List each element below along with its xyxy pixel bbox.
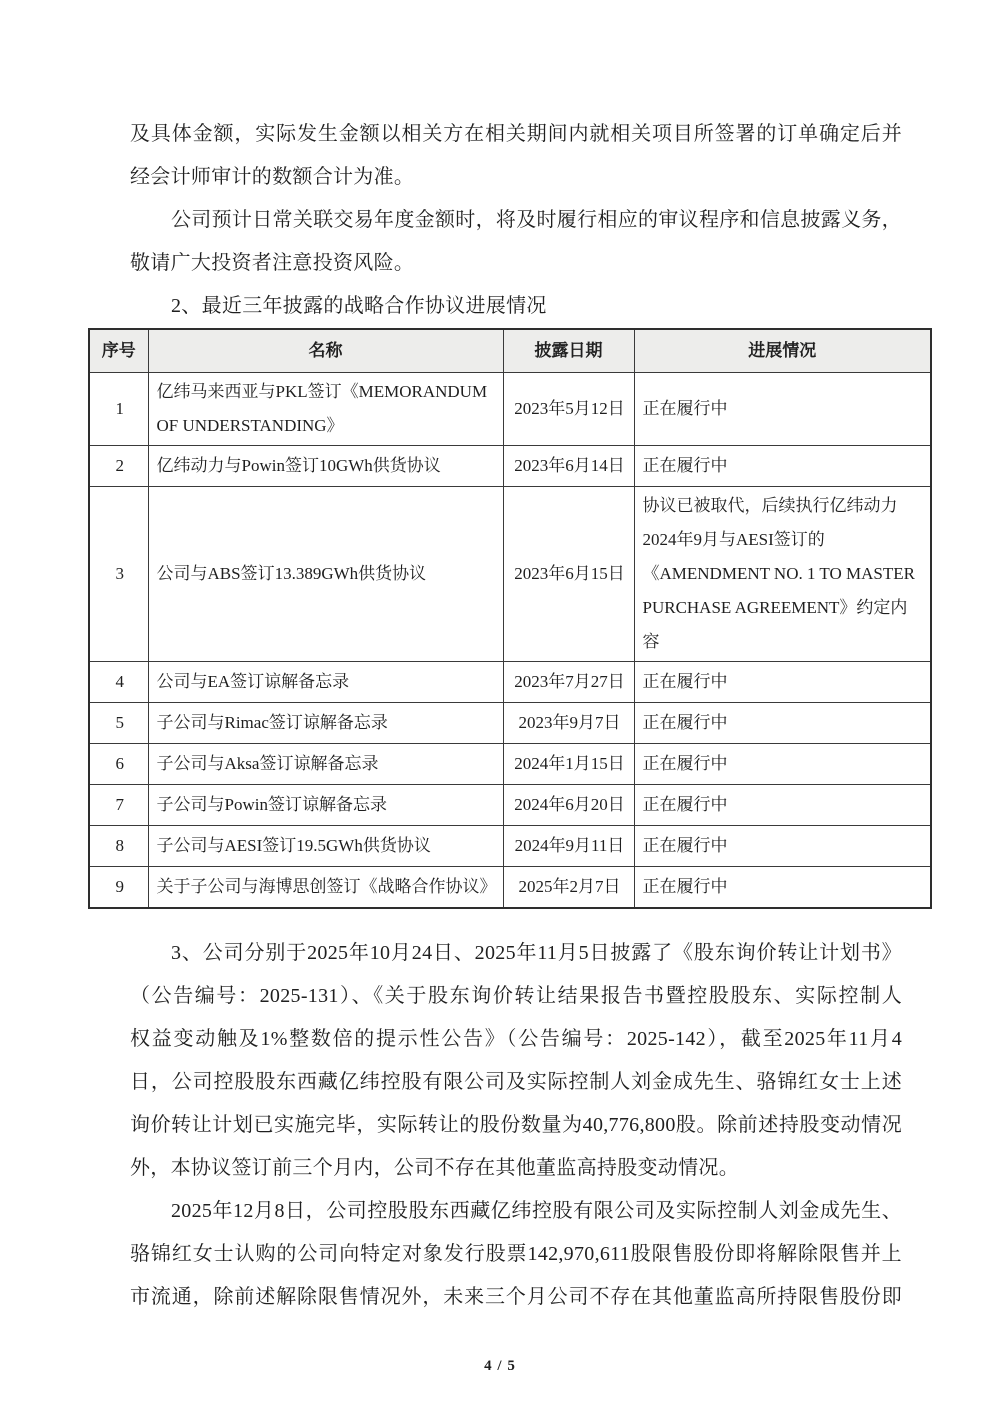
cell-name: 子公司与Powin签订谅解备忘录 <box>148 785 503 826</box>
cell-progress: 正在履行中 <box>634 826 931 867</box>
paragraph-4-lockup-release: 2025年12月8日，公司控股股东西藏亿纬控股有限公司及实际控制人刘金成先生、骆… <box>130 1190 902 1319</box>
bottom-paragraphs: 3、公司分别于2025年10月24日、2025年11月5日披露了《股东询价转让计… <box>130 932 902 1319</box>
cell-progress: 正在履行中 <box>634 744 931 785</box>
cell-no: 4 <box>89 662 148 703</box>
cell-name: 公司与ABS签订13.389GWh供货协议 <box>148 487 503 662</box>
cell-no: 6 <box>89 744 148 785</box>
cell-date: 2023年6月14日 <box>503 446 634 487</box>
cell-no: 1 <box>89 373 148 446</box>
cell-progress: 协议已被取代，后续执行亿纬动力2024年9月与AESI签订的《AMENDMENT… <box>634 487 931 662</box>
cell-progress: 正在履行中 <box>634 446 931 487</box>
table-row: 9关于子公司与海博思创签订《战略合作协议》2025年2月7日正在履行中 <box>89 867 931 908</box>
table-row: 3公司与ABS签订13.389GWh供货协议2023年6月15日协议已被取代，后… <box>89 487 931 662</box>
cell-no: 9 <box>89 867 148 908</box>
text-line: 敬请广大投资者注意投资风险。 <box>130 242 902 285</box>
text-line: 经会计师审计的数额合计为准。 <box>130 156 902 199</box>
cell-name: 关于子公司与海博思创签订《战略合作协议》 <box>148 867 503 908</box>
cell-name: 子公司与AESI签订19.5GWh供货协议 <box>148 826 503 867</box>
cell-date: 2024年6月20日 <box>503 785 634 826</box>
table-body: 1亿纬马来西亚与PKL签订《MEMORANDUM OF UNDERSTANDIN… <box>89 373 931 908</box>
table-row: 8子公司与AESI签订19.5GWh供货协议2024年9月11日正在履行中 <box>89 826 931 867</box>
table-row: 5子公司与Rimac签订谅解备忘录2023年9月7日正在履行中 <box>89 703 931 744</box>
cell-date: 2024年9月11日 <box>503 826 634 867</box>
section-heading-2: 2、最近三年披露的战略合作协议进展情况 <box>130 285 902 328</box>
table-row: 6子公司与Aksa签订谅解备忘录2024年1月15日正在履行中 <box>89 744 931 785</box>
table-row: 2亿纬动力与Powin签订10GWh供货协议2023年6月14日正在履行中 <box>89 446 931 487</box>
table-row: 4公司与EA签订谅解备忘录2023年7月27日正在履行中 <box>89 662 931 703</box>
cell-name: 公司与EA签订谅解备忘录 <box>148 662 503 703</box>
cell-progress: 正在履行中 <box>634 785 931 826</box>
text-line: 日，公司控股股东西藏亿纬控股有限公司及实际控制人刘金成先生、骆锦红女士上述 <box>130 1061 902 1104</box>
cell-no: 2 <box>89 446 148 487</box>
page-number: 4 / 5 <box>0 1358 1000 1375</box>
paragraph-daily-related-transactions: 公司预计日常关联交易年度金额时，将及时履行相应的审议程序和信息披露义务，敬请广大… <box>130 199 902 285</box>
cell-progress: 正在履行中 <box>634 373 931 446</box>
paragraph-amount-continuation: 及具体金额，实际发生金额以相关方在相关期间内就相关项目所签署的订单确定后并经会计… <box>130 113 902 199</box>
cell-name: 亿纬马来西亚与PKL签订《MEMORANDUM OF UNDERSTANDING… <box>148 373 503 446</box>
column-header-no: 序号 <box>89 329 148 373</box>
paragraph-3-inquiry-transfer: 3、公司分别于2025年10月24日、2025年11月5日披露了《股东询价转让计… <box>130 932 902 1190</box>
cell-date: 2023年5月12日 <box>503 373 634 446</box>
agreements-progress-table: 序号 名称 披露日期 进展情况 1亿纬马来西亚与PKL签订《MEMORANDUM… <box>88 328 932 909</box>
cell-no: 7 <box>89 785 148 826</box>
cell-progress: 正在履行中 <box>634 703 931 744</box>
top-paragraphs: 及具体金额，实际发生金额以相关方在相关期间内就相关项目所签署的订单确定后并经会计… <box>130 113 902 328</box>
column-header-name: 名称 <box>148 329 503 373</box>
cell-date: 2024年1月15日 <box>503 744 634 785</box>
cell-name: 子公司与Aksa签订谅解备忘录 <box>148 744 503 785</box>
cell-date: 2023年7月27日 <box>503 662 634 703</box>
cell-progress: 正在履行中 <box>634 662 931 703</box>
column-header-date: 披露日期 <box>503 329 634 373</box>
table-row: 1亿纬马来西亚与PKL签订《MEMORANDUM OF UNDERSTANDIN… <box>89 373 931 446</box>
cell-no: 3 <box>89 487 148 662</box>
text-line: 2、最近三年披露的战略合作协议进展情况 <box>130 285 902 328</box>
cell-name: 亿纬动力与Powin签订10GWh供货协议 <box>148 446 503 487</box>
text-line: 公司预计日常关联交易年度金额时，将及时履行相应的审议程序和信息披露义务， <box>130 199 902 242</box>
table-header-row: 序号 名称 披露日期 进展情况 <box>89 329 931 373</box>
document-page: { "page": { "footer_page_number": "4 / 5… <box>0 0 1000 1414</box>
text-line: 2025年12月8日，公司控股股东西藏亿纬控股有限公司及实际控制人刘金成先生、 <box>130 1190 902 1233</box>
cell-no: 8 <box>89 826 148 867</box>
text-line: （公告编号：2025-131）、《关于股东询价转让结果报告书暨控股股东、实际控制… <box>130 975 902 1018</box>
table-header: 序号 名称 披露日期 进展情况 <box>89 329 931 373</box>
cell-date: 2023年6月15日 <box>503 487 634 662</box>
text-line: 骆锦红女士认购的公司向特定对象发行股票142,970,611股限售股份即将解除限… <box>130 1233 902 1276</box>
cell-date: 2025年2月7日 <box>503 867 634 908</box>
text-line: 3、公司分别于2025年10月24日、2025年11月5日披露了《股东询价转让计… <box>130 932 902 975</box>
cell-name: 子公司与Rimac签订谅解备忘录 <box>148 703 503 744</box>
table-row: 7子公司与Powin签订谅解备忘录2024年6月20日正在履行中 <box>89 785 931 826</box>
text-line: 市流通，除前述解除限售情况外，未来三个月公司不存在其他董监高所持限售股份即 <box>130 1276 902 1319</box>
cell-progress: 正在履行中 <box>634 867 931 908</box>
text-line: 询价转让计划已实施完毕，实际转让的股份数量为40,776,800股。除前述持股变… <box>130 1104 902 1147</box>
text-line: 及具体金额，实际发生金额以相关方在相关期间内就相关项目所签署的订单确定后并 <box>130 113 902 156</box>
document-content: 及具体金额，实际发生金额以相关方在相关期间内就相关项目所签署的订单确定后并经会计… <box>130 113 902 1319</box>
text-line: 外，本协议签订前三个月内，公司不存在其他董监高持股变动情况。 <box>130 1147 902 1190</box>
text-line: 权益变动触及1%整数倍的提示性公告》（公告编号：2025-142），截至2025… <box>130 1018 902 1061</box>
column-header-progress: 进展情况 <box>634 329 931 373</box>
cell-no: 5 <box>89 703 148 744</box>
cell-date: 2023年9月7日 <box>503 703 634 744</box>
